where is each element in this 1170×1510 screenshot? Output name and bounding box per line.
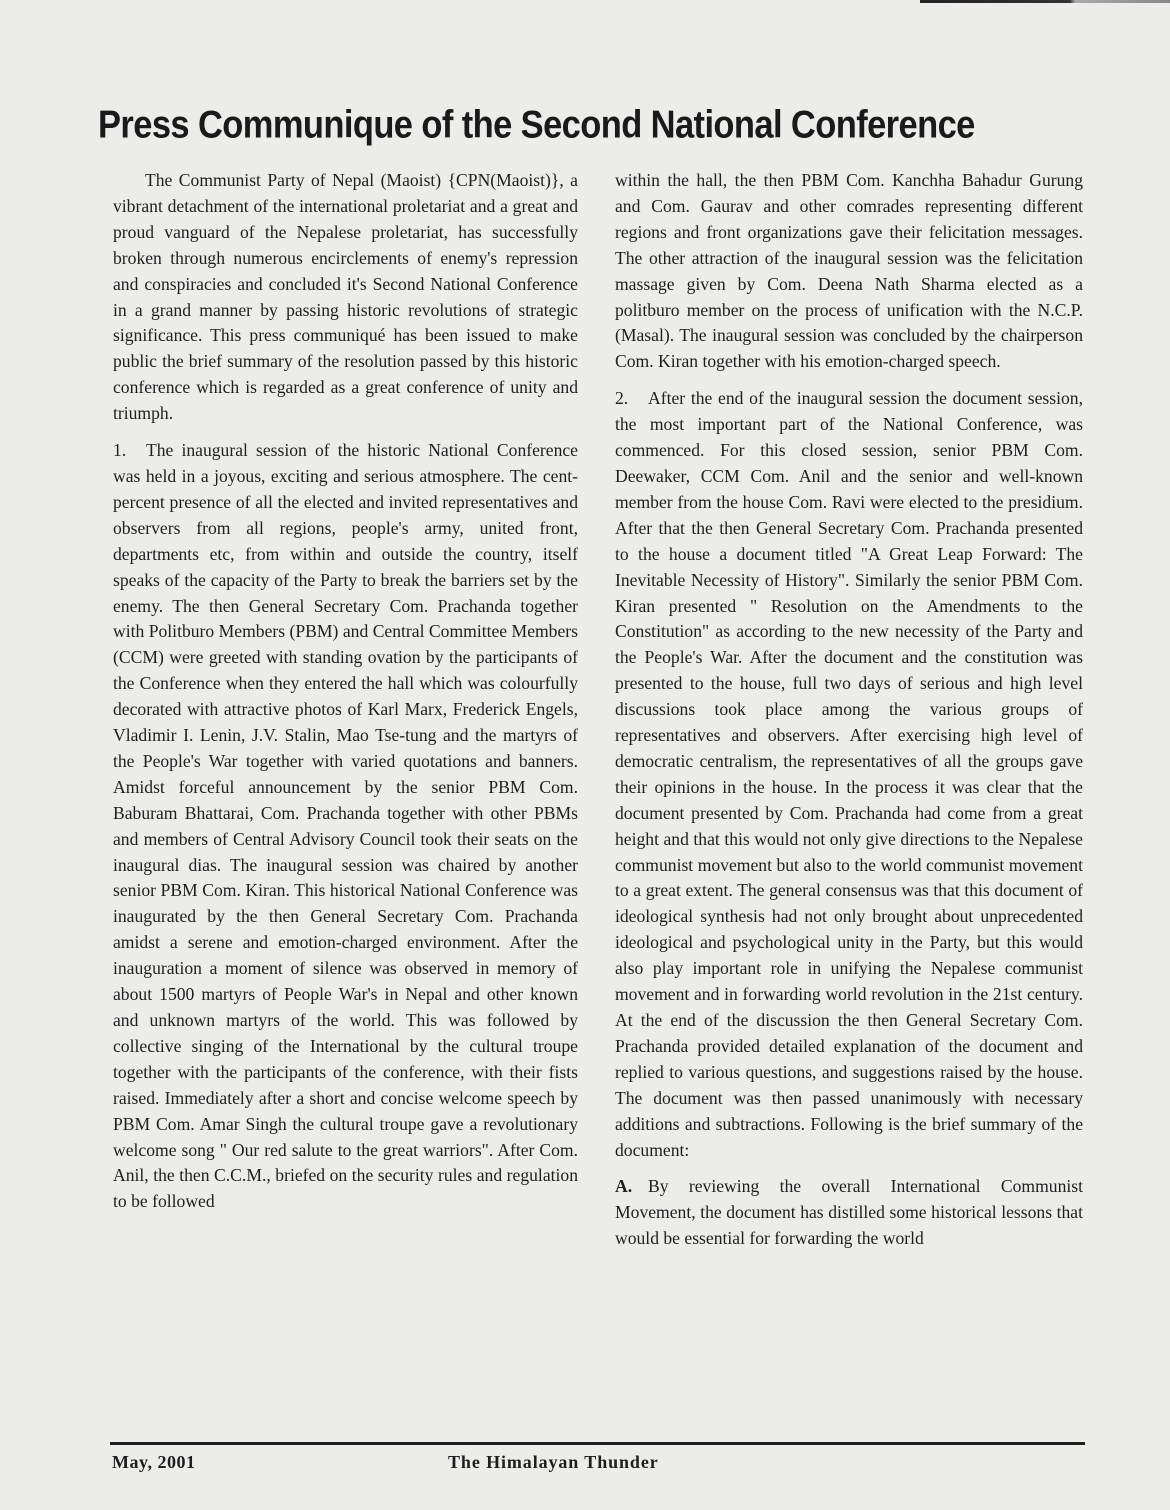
scan-edge-mark (920, 0, 1170, 3)
section-1-number: 1. (113, 438, 146, 464)
left-column: The Communist Party of Nepal (Maoist) {C… (113, 168, 578, 1226)
section-2-number: 2. (615, 386, 648, 412)
intro-paragraph: The Communist Party of Nepal (Maoist) {C… (113, 168, 578, 427)
section-1-text: The inaugural session of the historic Na… (113, 440, 578, 1211)
section-2-text: After the end of the inaugural session t… (615, 388, 1083, 1159)
page-title: Press Communique of the Second National … (98, 104, 1088, 148)
right-column: within the hall, the then PBM Com. Kanch… (615, 168, 1083, 1263)
footer-divider (110, 1442, 1085, 1445)
footer-publication-name: The Himalayan Thunder (448, 1452, 659, 1473)
section-a-text: By reviewing the overall International C… (615, 1176, 1083, 1248)
section-1-paragraph: 1.The inaugural session of the historic … (113, 438, 578, 1215)
footer-date: May, 2001 (112, 1452, 196, 1473)
section-a-letter: A. (615, 1174, 648, 1200)
section-a-paragraph: A.By reviewing the overall International… (615, 1174, 1083, 1252)
continuation-paragraph: within the hall, the then PBM Com. Kanch… (615, 168, 1083, 375)
section-2-paragraph: 2.After the end of the inaugural session… (615, 386, 1083, 1163)
